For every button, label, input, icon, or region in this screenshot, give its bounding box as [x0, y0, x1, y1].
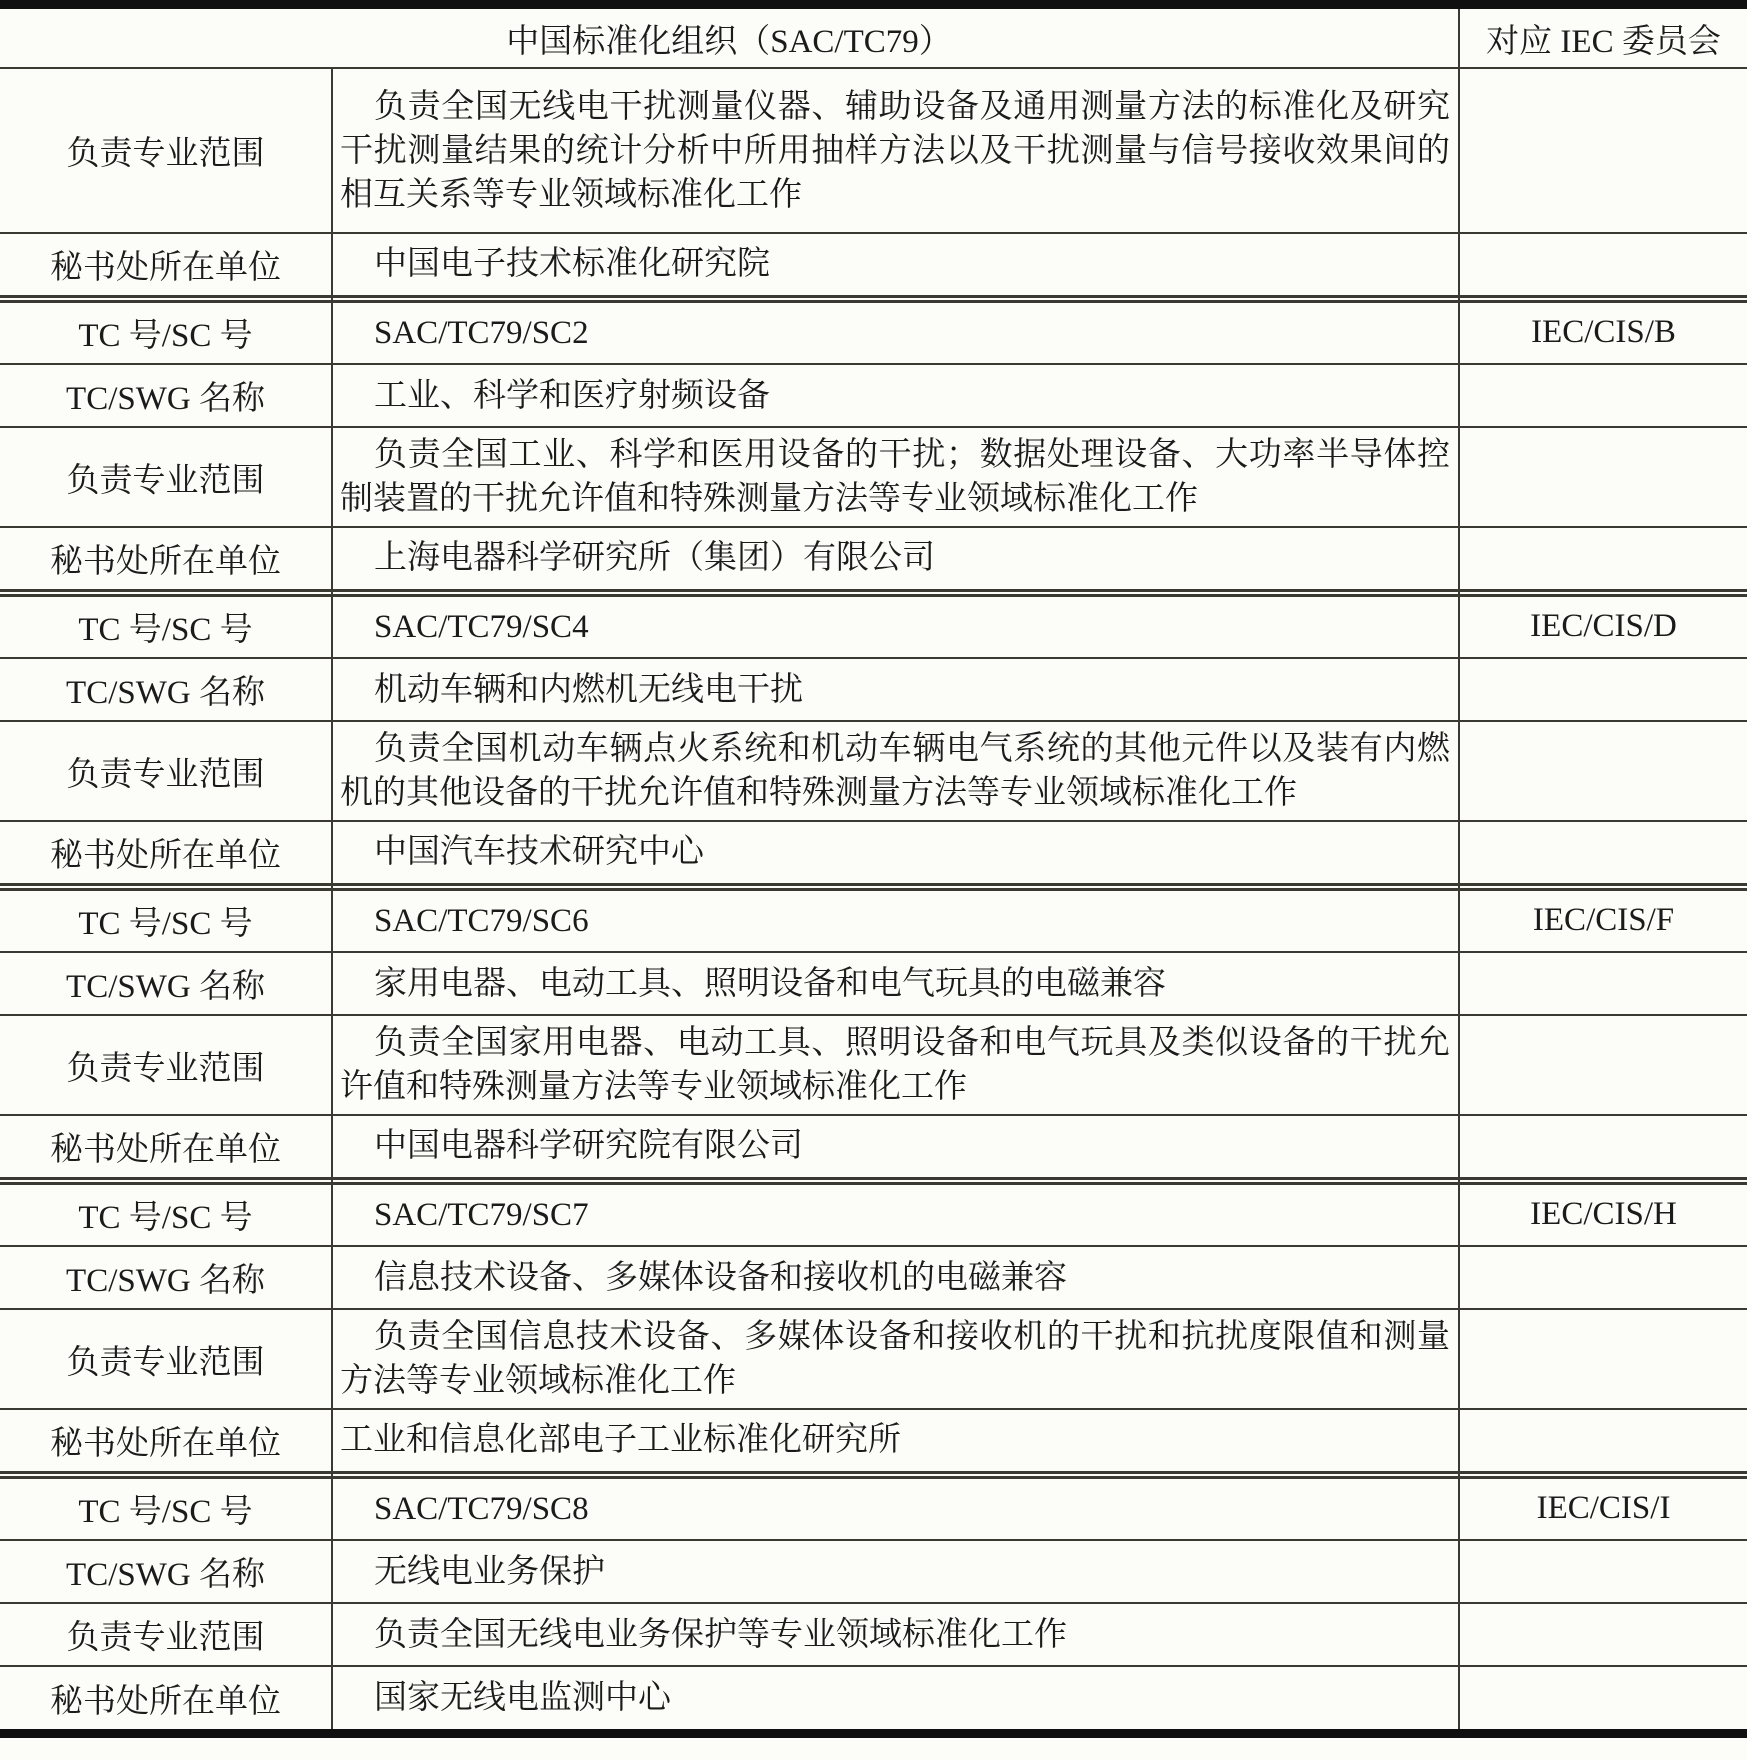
- iec-cell: [1459, 821, 1747, 884]
- row-value-cell: 工业和信息化部电子工业标准化研究所: [332, 1409, 1459, 1472]
- iec-cell: [1459, 427, 1747, 527]
- row-label-cell: 负责专业范围: [0, 68, 332, 233]
- row-value-cell: 国家无线电监测中心: [332, 1666, 1459, 1729]
- table-row: TC/SWG 名称信息技术设备、多媒体设备和接收机的电磁兼容: [0, 1246, 1747, 1309]
- iec-cell: [1459, 721, 1747, 821]
- iec-cell: [1459, 233, 1747, 296]
- table-row: TC 号/SC 号SAC/TC79/SC7IEC/CIS/H: [0, 1183, 1747, 1246]
- header-iec-cell: 对应 IEC 委员会: [1459, 9, 1747, 68]
- iec-cell: IEC/CIS/B: [1459, 301, 1747, 364]
- row-value-cell: 中国汽车技术研究中心: [332, 821, 1459, 884]
- iec-cell: [1459, 1666, 1747, 1729]
- row-label-cell: TC/SWG 名称: [0, 658, 332, 721]
- row-value-cell: 工业、科学和医疗射频设备: [332, 364, 1459, 427]
- row-label-cell: 负责专业范围: [0, 1603, 332, 1666]
- iec-cell: [1459, 364, 1747, 427]
- row-label-cell: 秘书处所在单位: [0, 527, 332, 590]
- row-label-cell: TC 号/SC 号: [0, 1477, 332, 1540]
- header-org-cell: 中国标准化组织（SAC/TC79）: [0, 9, 1459, 68]
- table-row: TC 号/SC 号SAC/TC79/SC8IEC/CIS/I: [0, 1477, 1747, 1540]
- row-label-cell: 秘书处所在单位: [0, 821, 332, 884]
- row-label-cell: TC 号/SC 号: [0, 1183, 332, 1246]
- table-row: 负责专业范围负责全国无线电业务保护等专业领域标准化工作: [0, 1603, 1747, 1666]
- table-row: 秘书处所在单位工业和信息化部电子工业标准化研究所: [0, 1409, 1747, 1472]
- row-label-cell: TC 号/SC 号: [0, 889, 332, 952]
- iec-cell: [1459, 527, 1747, 590]
- row-value-cell: 负责全国无线电业务保护等专业领域标准化工作: [332, 1603, 1459, 1666]
- row-value-cell: SAC/TC79/SC2: [332, 301, 1459, 364]
- table-row: TC/SWG 名称无线电业务保护: [0, 1540, 1747, 1603]
- row-value-cell: 上海电器科学研究所（集团）有限公司: [332, 527, 1459, 590]
- row-label-cell: 负责专业范围: [0, 1309, 332, 1409]
- row-value-cell: 中国电子技术标准化研究院: [332, 233, 1459, 296]
- row-label-cell: TC 号/SC 号: [0, 301, 332, 364]
- table-row: 负责专业范围负责全国无线电干扰测量仪器、辅助设备及通用测量方法的标准化及研究干扰…: [0, 68, 1747, 233]
- iec-cell: [1459, 1246, 1747, 1309]
- table-row: TC 号/SC 号SAC/TC79/SC2IEC/CIS/B: [0, 301, 1747, 364]
- table-row: TC/SWG 名称工业、科学和医疗射频设备: [0, 364, 1747, 427]
- iec-cell: IEC/CIS/H: [1459, 1183, 1747, 1246]
- table-row: TC 号/SC 号SAC/TC79/SC6IEC/CIS/F: [0, 889, 1747, 952]
- table-row: 负责专业范围负责全国信息技术设备、多媒体设备和接收机的干扰和抗扰度限值和测量方法…: [0, 1309, 1747, 1409]
- table-row: 秘书处所在单位国家无线电监测中心: [0, 1666, 1747, 1729]
- iec-cell: IEC/CIS/F: [1459, 889, 1747, 952]
- iec-cell: [1459, 1015, 1747, 1115]
- row-value-cell: SAC/TC79/SC6: [332, 889, 1459, 952]
- iec-cell: [1459, 952, 1747, 1015]
- row-value-cell: SAC/TC79/SC4: [332, 595, 1459, 658]
- table-row: TC/SWG 名称机动车辆和内燃机无线电干扰: [0, 658, 1747, 721]
- row-label-cell: TC 号/SC 号: [0, 595, 332, 658]
- table-row: 秘书处所在单位中国汽车技术研究中心: [0, 821, 1747, 884]
- row-label-cell: 负责专业范围: [0, 721, 332, 821]
- book-page: 中国标准化组织（SAC/TC79） 对应 IEC 委员会 负责专业范围负责全国无…: [0, 0, 1747, 1760]
- row-label-cell: TC/SWG 名称: [0, 952, 332, 1015]
- row-value-cell: 家用电器、电动工具、照明设备和电气玩具的电磁兼容: [332, 952, 1459, 1015]
- sac-tc79-committee-table: 中国标准化组织（SAC/TC79） 对应 IEC 委员会 负责专业范围负责全国无…: [0, 9, 1747, 1729]
- iec-cell: [1459, 68, 1747, 233]
- iec-cell: IEC/CIS/D: [1459, 595, 1747, 658]
- row-label-cell: 秘书处所在单位: [0, 1115, 332, 1178]
- row-value-cell: SAC/TC79/SC7: [332, 1183, 1459, 1246]
- table-body: 负责专业范围负责全国无线电干扰测量仪器、辅助设备及通用测量方法的标准化及研究干扰…: [0, 68, 1747, 1729]
- iec-cell: [1459, 1309, 1747, 1409]
- table-header-row: 中国标准化组织（SAC/TC79） 对应 IEC 委员会: [0, 9, 1747, 68]
- row-label-cell: 秘书处所在单位: [0, 233, 332, 296]
- row-value-cell: 负责全国机动车辆点火系统和机动车辆电气系统的其他元件以及装有内燃机的其他设备的干…: [332, 721, 1459, 821]
- iec-cell: [1459, 1409, 1747, 1472]
- table-row: 负责专业范围负责全国工业、科学和医用设备的干扰；数据处理设备、大功率半导体控制装…: [0, 427, 1747, 527]
- iec-cell: [1459, 1540, 1747, 1603]
- iec-cell: [1459, 1603, 1747, 1666]
- iec-cell: [1459, 1115, 1747, 1178]
- table-row: 秘书处所在单位中国电子技术标准化研究院: [0, 233, 1747, 296]
- row-value-cell: 信息技术设备、多媒体设备和接收机的电磁兼容: [332, 1246, 1459, 1309]
- row-value-cell: 负责全国信息技术设备、多媒体设备和接收机的干扰和抗扰度限值和测量方法等专业领域标…: [332, 1309, 1459, 1409]
- table-row: TC/SWG 名称家用电器、电动工具、照明设备和电气玩具的电磁兼容: [0, 952, 1747, 1015]
- row-label-cell: 秘书处所在单位: [0, 1666, 332, 1729]
- row-label-cell: TC/SWG 名称: [0, 1246, 332, 1309]
- row-value-cell: 无线电业务保护: [332, 1540, 1459, 1603]
- table-row: 秘书处所在单位中国电器科学研究院有限公司: [0, 1115, 1747, 1178]
- row-label-cell: 秘书处所在单位: [0, 1409, 332, 1472]
- table-row: 秘书处所在单位上海电器科学研究所（集团）有限公司: [0, 527, 1747, 590]
- row-value-cell: 负责全国家用电器、电动工具、照明设备和电气玩具及类似设备的干扰允许值和特殊测量方…: [332, 1015, 1459, 1115]
- row-value-cell: 机动车辆和内燃机无线电干扰: [332, 658, 1459, 721]
- iec-cell: IEC/CIS/I: [1459, 1477, 1747, 1540]
- row-label-cell: TC/SWG 名称: [0, 1540, 332, 1603]
- row-label-cell: TC/SWG 名称: [0, 364, 332, 427]
- row-value-cell: SAC/TC79/SC8: [332, 1477, 1459, 1540]
- table-row: TC 号/SC 号SAC/TC79/SC4IEC/CIS/D: [0, 595, 1747, 658]
- row-value-cell: 负责全国工业、科学和医用设备的干扰；数据处理设备、大功率半导体控制装置的干扰允许…: [332, 427, 1459, 527]
- row-label-cell: 负责专业范围: [0, 1015, 332, 1115]
- row-value-cell: 负责全国无线电干扰测量仪器、辅助设备及通用测量方法的标准化及研究干扰测量结果的统…: [332, 68, 1459, 233]
- row-value-cell: 中国电器科学研究院有限公司: [332, 1115, 1459, 1178]
- table-row: 负责专业范围负责全国机动车辆点火系统和机动车辆电气系统的其他元件以及装有内燃机的…: [0, 721, 1747, 821]
- table-frame: 中国标准化组织（SAC/TC79） 对应 IEC 委员会 负责专业范围负责全国无…: [0, 0, 1747, 1738]
- iec-cell: [1459, 658, 1747, 721]
- row-label-cell: 负责专业范围: [0, 427, 332, 527]
- table-row: 负责专业范围负责全国家用电器、电动工具、照明设备和电气玩具及类似设备的干扰允许值…: [0, 1015, 1747, 1115]
